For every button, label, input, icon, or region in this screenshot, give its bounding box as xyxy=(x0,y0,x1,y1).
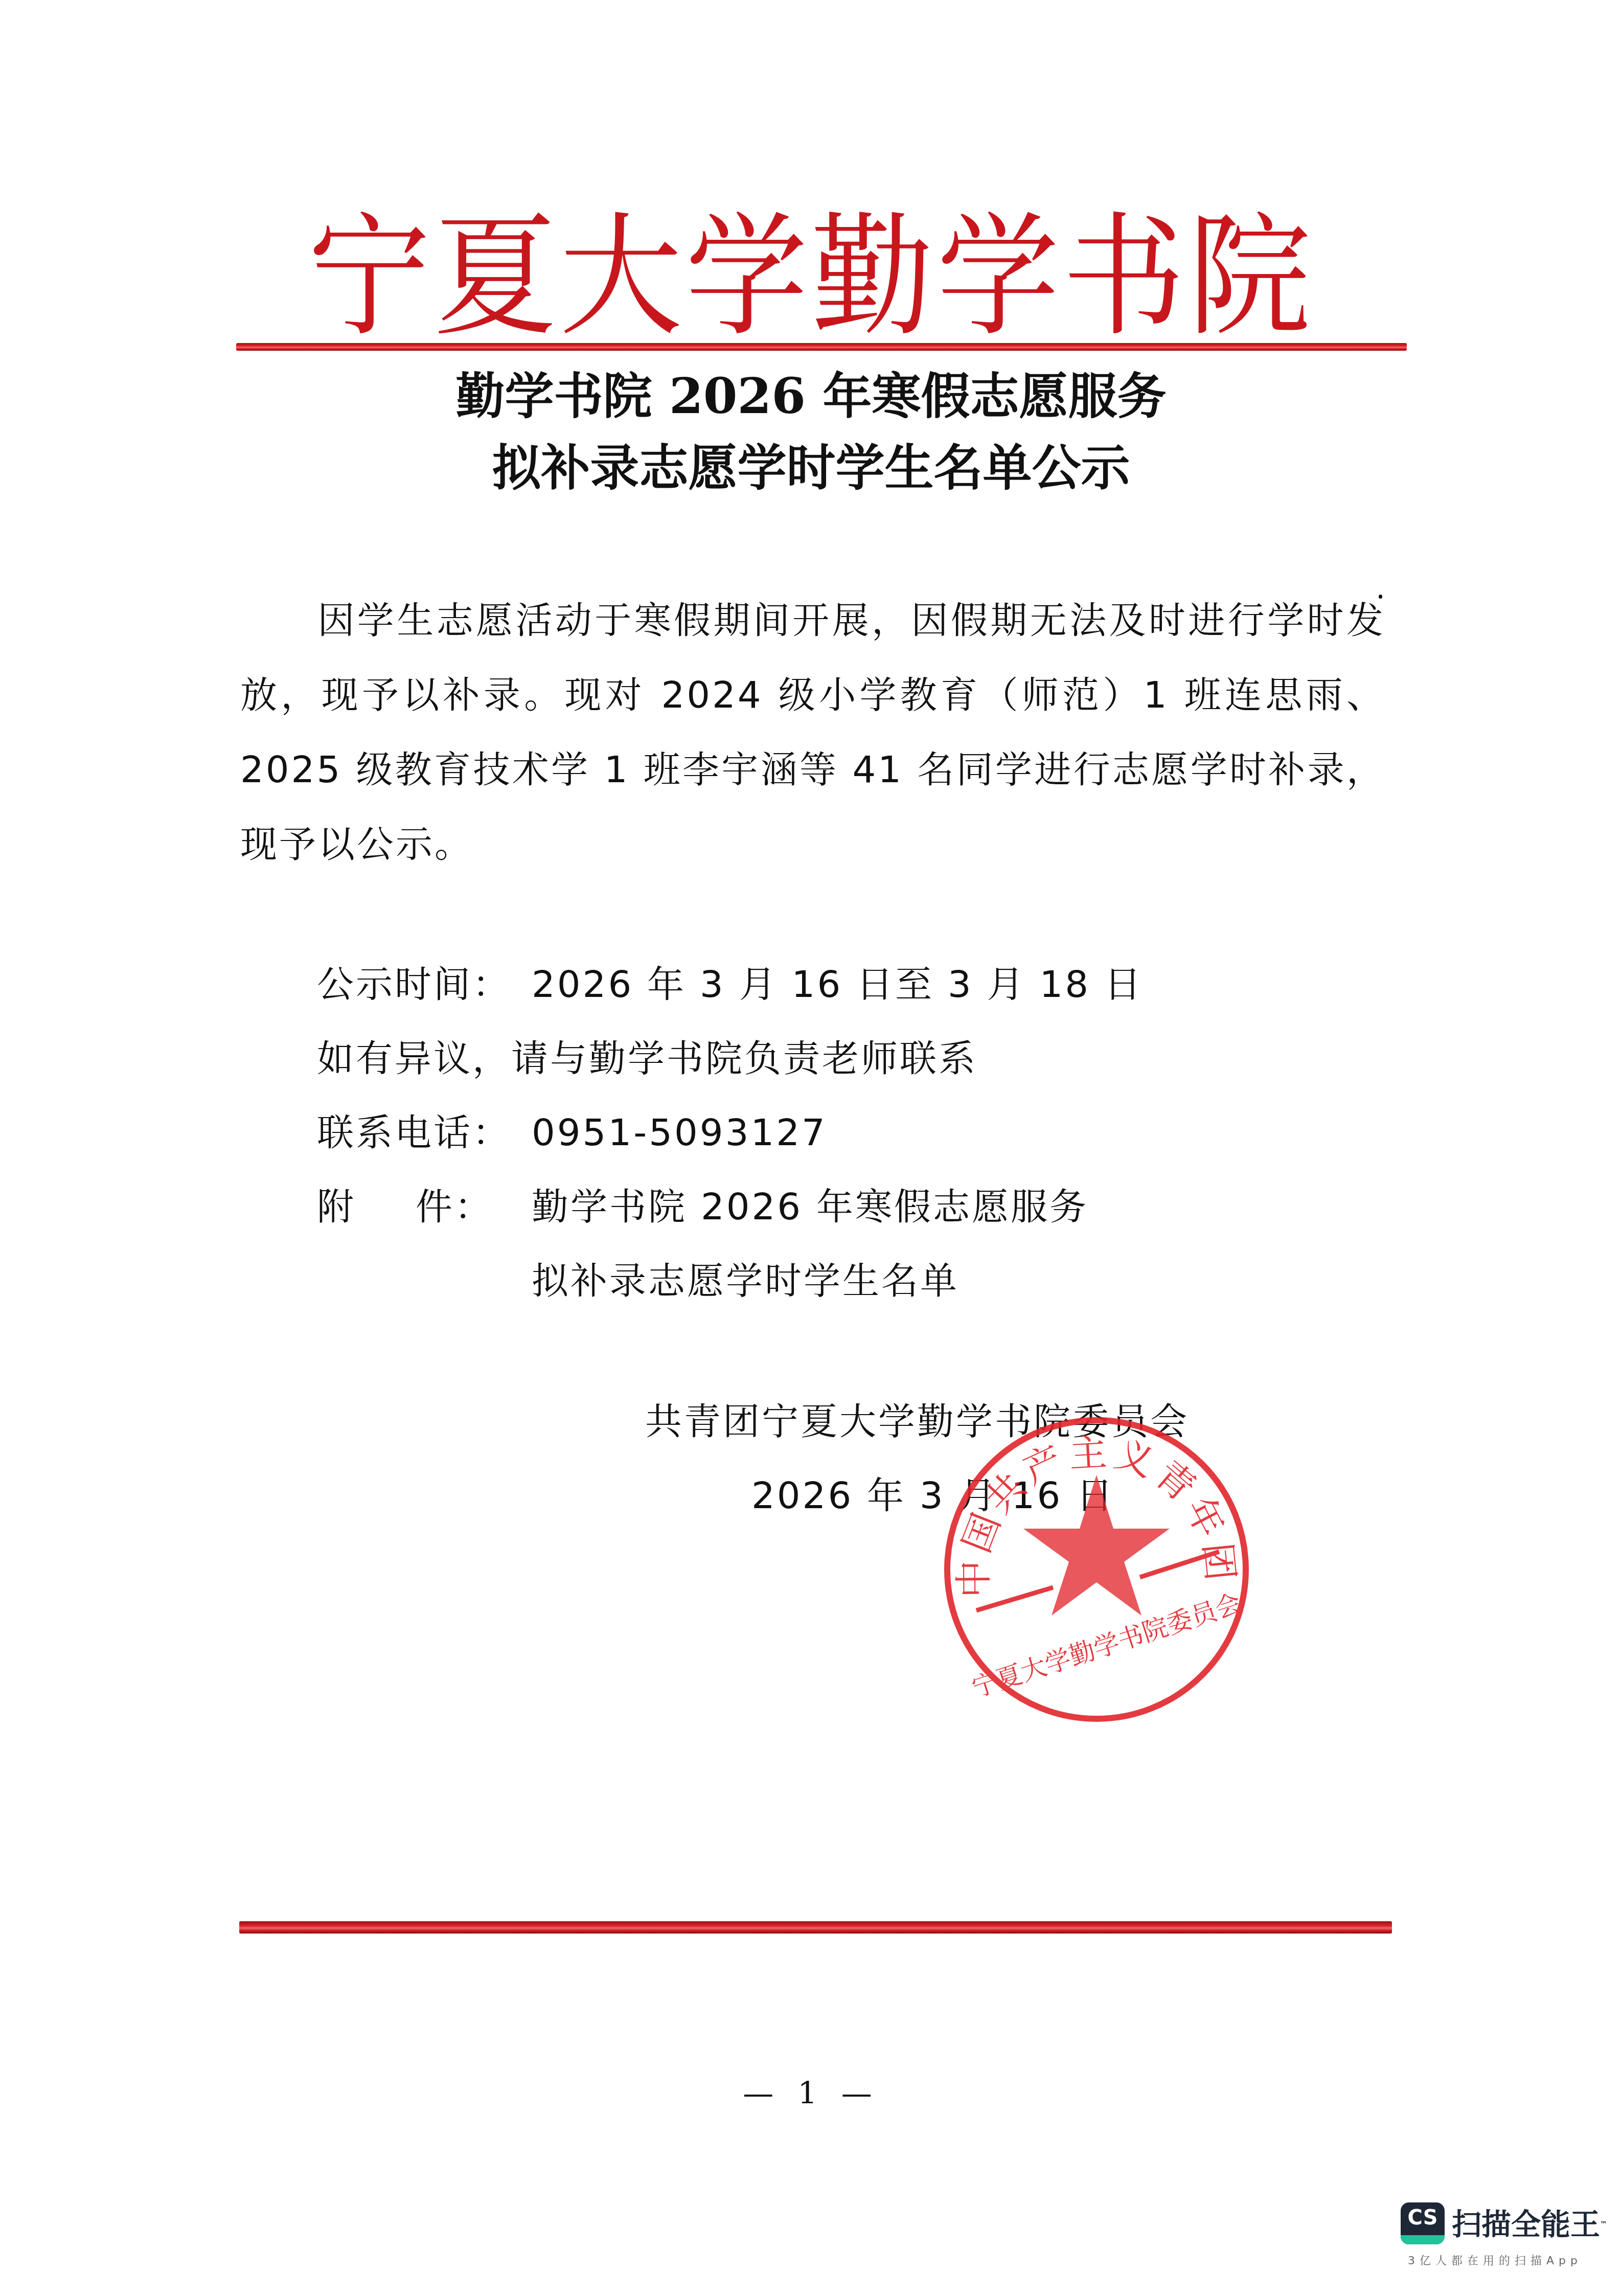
document-title-line-1: 勤学书院 2026 年寒假志愿服务 xyxy=(0,360,1622,432)
watermark-slogan: 3亿人都在用的扫描App xyxy=(1408,2254,1582,2269)
trademark-mark: ™ xyxy=(1600,2220,1607,2229)
publicity-period-label: 公示时间： xyxy=(317,959,532,1010)
attachment-label-char-2: 件： xyxy=(416,1181,493,1232)
seal-star-icon xyxy=(1023,1475,1170,1616)
body-paragraph: 因学生志愿活动于寒假期间开展，因假期无法及时进行学时发放，现予以补录。现对 20… xyxy=(240,583,1385,881)
phone-value: 0951-5093127 xyxy=(532,1111,827,1154)
attachment-label: 附件： xyxy=(317,1181,493,1232)
official-seal-stamp: 中国共产主义青年团 宁夏大学勤学书院委员会 xyxy=(941,1414,1252,1725)
publicity-period-row: 公示时间：2026 年 3 月 16 日至 3 月 18 日 xyxy=(317,959,1143,1010)
logo-accent-bar xyxy=(1401,2235,1445,2244)
objection-text: 如有异议，请与勤学书院负责老师联系 xyxy=(317,1037,977,1080)
watermark-app-name: 扫描全能王™ xyxy=(1452,2207,1607,2242)
attachment-label-char-1: 附 xyxy=(317,1181,356,1232)
scanner-watermark: CS 扫描全能王™ 3亿人都在用的扫描App xyxy=(1401,2202,1615,2279)
phone-label: 联系电话： xyxy=(317,1107,532,1158)
masthead-red-rule xyxy=(236,343,1407,351)
masthead-title: 宁夏大学勤学书院 xyxy=(0,197,1622,357)
document-title-line-2: 拟补录志愿学时学生名单公示 xyxy=(0,432,1622,504)
seal-bottom-text: 宁夏大学勤学书院委员会 xyxy=(968,1588,1245,1703)
attachment-title-line-1: 勤学书院 2026 年寒假志愿服务 xyxy=(532,1185,1088,1228)
footer-red-rule xyxy=(239,1921,1392,1934)
camscanner-logo-icon: CS xyxy=(1401,2202,1445,2244)
logo-text: CS xyxy=(1401,2206,1445,2230)
app-name-text: 扫描全能王 xyxy=(1452,2207,1600,2242)
page-number: — 1 — xyxy=(0,2071,1622,2117)
attachment-title-line-2: 拟补录志愿学时学生名单 xyxy=(532,1259,959,1302)
attachment-row: 附件：勤学书院 2026 年寒假志愿服务 xyxy=(317,1181,1088,1232)
body-paragraph-text: 因学生志愿活动于寒假期间开展，因假期无法及时进行学时发放，现予以补录。现对 20… xyxy=(240,599,1385,866)
phone-row: 联系电话：0951-5093127 xyxy=(317,1107,827,1158)
objection-row: 如有异议，请与勤学书院负责老师联系 xyxy=(317,1033,977,1084)
attachment-row-continued: 拟补录志愿学时学生名单 xyxy=(317,1255,959,1306)
publicity-period-value: 2026 年 3 月 16 日至 3 月 18 日 xyxy=(532,963,1143,1006)
